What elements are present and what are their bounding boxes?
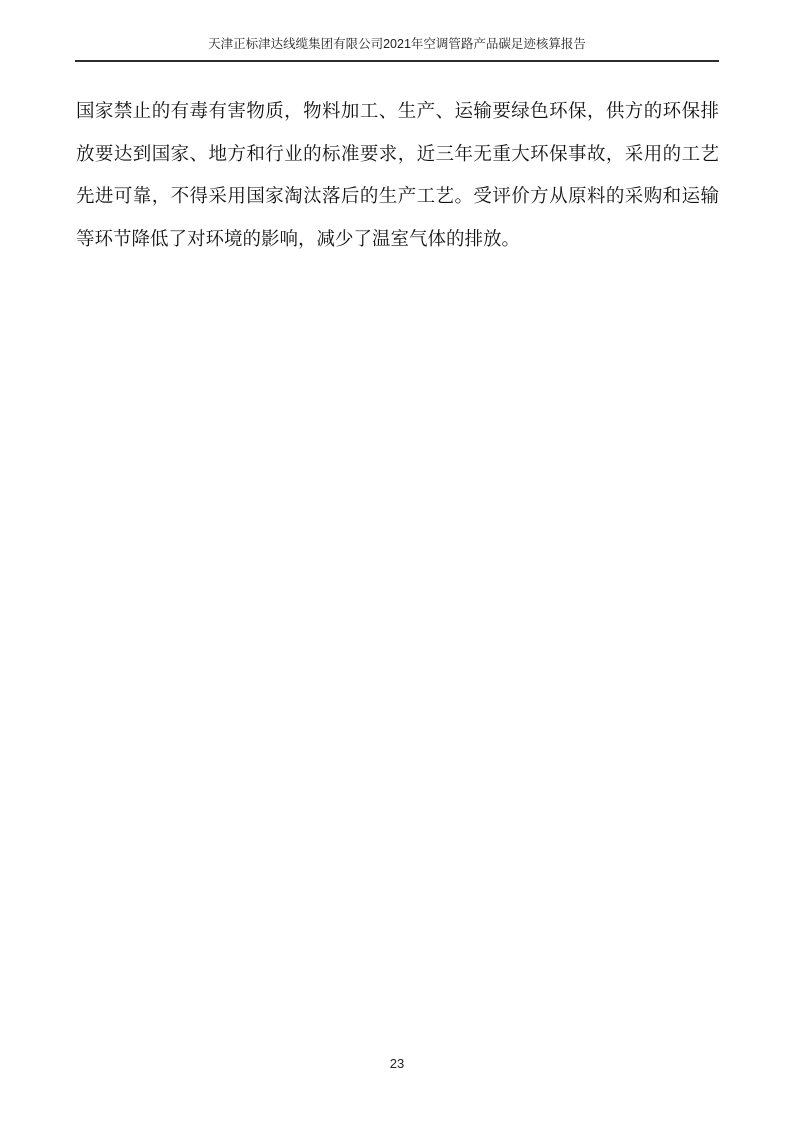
- paragraph-line: 等环节降低了对环境的影响，减少了温室气体的排放。: [76, 218, 719, 261]
- header-title: 天津正标津达线缆集团有限公司2021年空调管路产品碳足迹核算报告: [0, 37, 794, 52]
- document-page: 天津正标津达线缆集团有限公司2021年空调管路产品碳足迹核算报告 国家禁止的有毒…: [0, 0, 794, 1123]
- paragraph-line: 国家禁止的有毒有害物质，物料加工、生产、运输要绿色环保，供方的环保排: [76, 90, 719, 133]
- page-number: 23: [390, 1056, 404, 1071]
- body-paragraph: 国家禁止的有毒有害物质，物料加工、生产、运输要绿色环保，供方的环保排 放要达到国…: [76, 90, 719, 260]
- header-rule: [75, 60, 719, 62]
- page-footer: 23: [0, 1056, 794, 1071]
- paragraph-line: 放要达到国家、地方和行业的标准要求，近三年无重大环保事故，采用的工艺: [76, 133, 719, 176]
- paragraph-line: 先进可靠，不得采用国家淘汰落后的生产工艺。受评价方从原料的采购和运输: [76, 175, 719, 218]
